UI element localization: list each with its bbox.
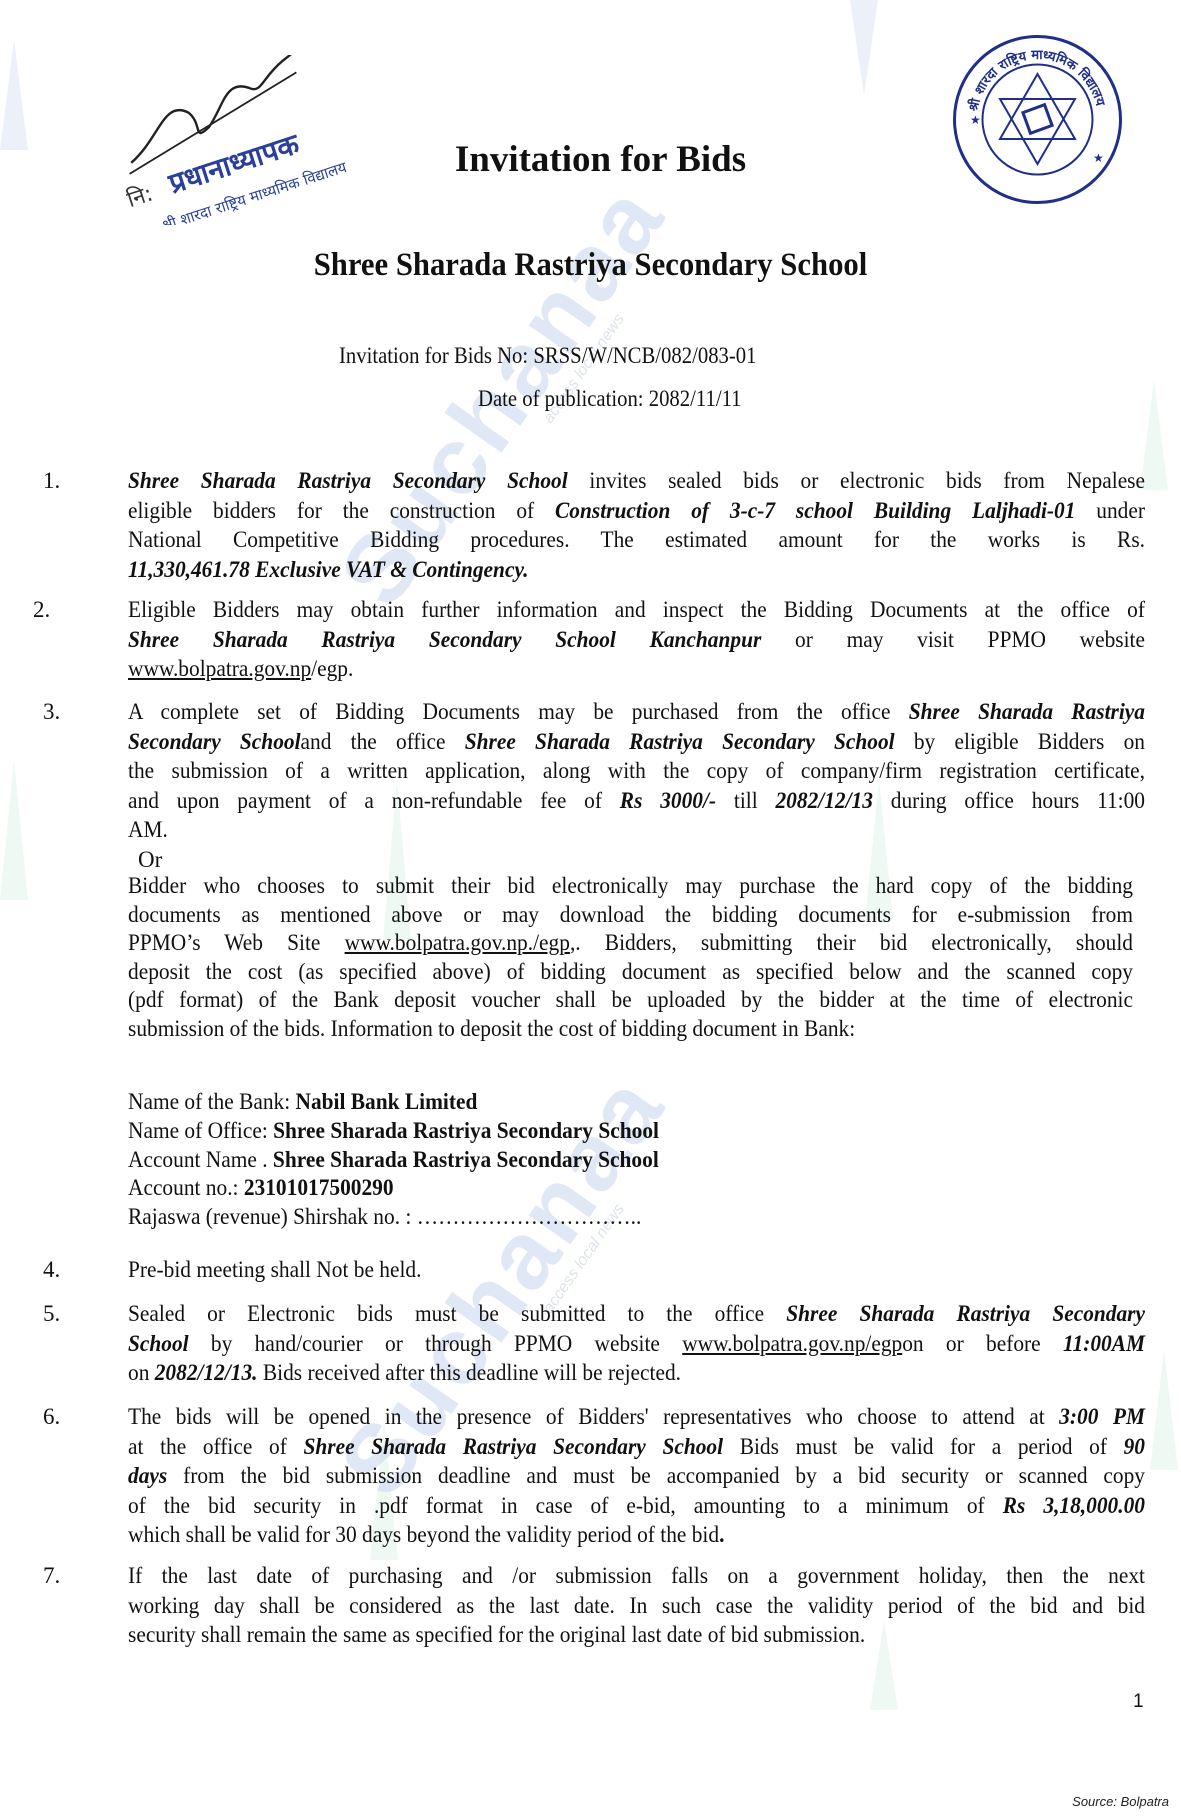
emphasis-text: 2082/12/13 (775, 788, 872, 813)
svg-text:नि:: नि: (124, 181, 156, 214)
text-line: of the bid security in .pdf format in ca… (128, 1491, 1145, 1521)
text-line: working day shall be considered as the l… (128, 1591, 1145, 1621)
text-span: during office hours 11:00 (873, 788, 1145, 813)
clause-6-text: The bids will be opened in the presence … (128, 1402, 1145, 1550)
text-line: Pre-bid meeting shall Not be held. (128, 1255, 1145, 1285)
text-span: by hand/courier or through PPMO website (189, 1331, 683, 1356)
clause-number: 7. (43, 1561, 60, 1591)
ifb-number-line: Invitation for Bids No: SRSS/W/NCB/082/0… (339, 343, 756, 369)
svg-text:श्री शारदा राष्ट्रिय माध्यमिक: श्री शारदा राष्ट्रिय माध्यमिक विद्यालय (965, 48, 1107, 114)
text-span: National Competitive Bidding procedures.… (128, 527, 1145, 552)
text-line: School by hand/courier or through PPMO w… (128, 1329, 1145, 1359)
text-span: Sealed or Electronic bids must be submit… (128, 1301, 786, 1326)
text-span: AM. (128, 817, 168, 842)
emphasis-text: days (128, 1463, 167, 1488)
text-span: on (128, 1360, 155, 1385)
text-line: (pdf format) of the Bank deposit voucher… (128, 986, 1133, 1015)
text-line: deposit the cost (as specified above) of… (128, 958, 1133, 987)
text-span: /egp. (311, 656, 353, 681)
text-span: eligible bidders for the construction of (128, 498, 555, 523)
text-span: ,. Bidders, submitting their bid electro… (570, 930, 1133, 955)
website-link[interactable]: www.bolpatra.gov.np (128, 656, 311, 681)
clause-number: 1. (43, 466, 60, 496)
text-span: Bidder who chooses to submit their bid e… (128, 873, 1133, 898)
bank-detail-value: Nabil Bank Limited (296, 1089, 478, 1114)
website-link[interactable]: www.bolpatra.gov.np/egp (682, 1331, 902, 1356)
text-span: The bids will be opened in the presence … (128, 1404, 1059, 1429)
text-span: which shall be valid for 30 days beyond … (128, 1522, 719, 1547)
text-line: eligible bidders for the construction of… (128, 496, 1145, 526)
text-span: security shall remain the same as specif… (128, 1622, 865, 1647)
electronic-submission-text: Bidder who chooses to submit their bid e… (128, 872, 1133, 1044)
emphasis-text: Shree Sharada Rastriya Secondary (786, 1301, 1145, 1326)
text-span: or may visit PPMO website (761, 627, 1145, 652)
clause-2-text: Eligible Bidders may obtain further info… (128, 595, 1145, 684)
publication-date-label: Date of publication: (478, 386, 644, 411)
bank-detail-row: Account no.: 23101017500290 (128, 1174, 659, 1203)
text-line: submission of the bids. Information to d… (128, 1015, 1133, 1044)
bank-detail-label: Name of the Bank: (128, 1089, 296, 1114)
emphasis-text: 3:00 PM (1059, 1404, 1145, 1429)
text-line: 11,330,461.78 Exclusive VAT & Contingenc… (128, 555, 1145, 585)
bank-detail-label: Name of Office: (128, 1118, 273, 1143)
clause-number: 6. (43, 1402, 60, 1432)
bank-detail-value: Shree Sharada Rastriya Secondary School (273, 1118, 659, 1143)
publication-date: 2082/11/11 (649, 386, 742, 411)
emphasis-text: Construction of 3-c-7 school Building La… (555, 498, 1075, 523)
text-line: and upon payment of a non-refundable fee… (128, 786, 1145, 816)
emphasis-text: Rs 3,18,000.00 (1003, 1493, 1145, 1518)
emphasis-text: School (128, 1331, 189, 1356)
text-line: PPMO’s Web Site www.bolpatra.gov.np./egp… (128, 929, 1133, 958)
ifb-number: SRSS/W/NCB/082/083-01 (533, 343, 756, 368)
bank-detail-label: Account no.: (128, 1175, 244, 1200)
text-line: the submission of a written application,… (128, 756, 1145, 786)
text-span: Pre-bid meeting shall Not be held. (128, 1257, 421, 1282)
text-span: (pdf format) of the Bank deposit voucher… (128, 987, 1133, 1012)
text-line: documents as mentioned above or may down… (128, 901, 1133, 930)
bank-detail-row: Name of the Bank: Nabil Bank Limited (128, 1088, 659, 1117)
clause-1-text: Shree Sharada Rastriya Secondary School … (128, 466, 1145, 584)
bank-detail-label: Rajaswa (revenue) Shirshak no. : (128, 1204, 417, 1229)
publication-date-line: Date of publication: 2082/11/11 (478, 386, 742, 412)
school-name-heading: Shree Sharada Rastriya Secondary School (41, 247, 1139, 284)
text-span: and the office (301, 729, 465, 754)
text-line: at the office of Shree Sharada Rastriya … (128, 1432, 1145, 1462)
svg-text:★: ★ (970, 113, 981, 127)
text-line: Bidder who chooses to submit their bid e… (128, 872, 1133, 901)
text-span: the submission of a written application,… (128, 758, 1145, 783)
emphasis-text: Shree Sharada Rastriya Secondary School (465, 729, 895, 754)
emphasis-text: 90 (1124, 1434, 1145, 1459)
text-span: till (716, 788, 775, 813)
bank-detail-row: Rajaswa (revenue) Shirshak no. : …………………… (128, 1203, 659, 1232)
source-credit: Source: Bolpatra (1072, 1794, 1169, 1809)
text-span: . (719, 1522, 724, 1547)
emphasis-text: Rs 3000/- (620, 788, 716, 813)
text-span: under (1075, 498, 1145, 523)
text-line: A complete set of Bidding Documents may … (128, 697, 1145, 727)
clause-4-text: Pre-bid meeting shall Not be held. (128, 1255, 1145, 1285)
text-span: of the bid security in .pdf format in ca… (128, 1493, 1003, 1518)
bank-detail-row: Name of Office: Shree Sharada Rastriya S… (128, 1117, 659, 1146)
text-line: If the last date of purchasing and /or s… (128, 1561, 1145, 1591)
document-title: Invitation for Bids (0, 138, 1181, 181)
text-line: Sealed or Electronic bids must be submit… (128, 1299, 1145, 1329)
text-line: security shall remain the same as specif… (128, 1620, 1145, 1650)
text-line: days from the bid submission deadline an… (128, 1461, 1145, 1491)
text-span: and upon payment of a non-refundable fee… (128, 788, 620, 813)
text-line: AM. (128, 815, 1145, 845)
text-line: National Competitive Bidding procedures.… (128, 525, 1145, 555)
clause-7-text: If the last date of purchasing and /or s… (128, 1561, 1145, 1650)
text-span: Eligible Bidders may obtain further info… (128, 597, 1145, 622)
text-span: submission of the bids. Information to d… (128, 1016, 855, 1041)
text-span: If the last date of purchasing and /or s… (128, 1563, 1145, 1588)
emphasis-text: Secondary School (128, 729, 301, 754)
text-line: Eligible Bidders may obtain further info… (128, 595, 1145, 625)
bank-details: Name of the Bank: Nabil Bank LimitedName… (128, 1088, 659, 1232)
bank-detail-value: Shree Sharada Rastriya Secondary School (273, 1147, 659, 1172)
emphasis-text: Shree Sharada Rastriya Secondary School (128, 468, 568, 493)
emphasis-text: Shree Sharada Rastriya (909, 699, 1145, 724)
clause-3-text: A complete set of Bidding Documents may … (128, 697, 1145, 845)
text-span: on or before (902, 1331, 1063, 1356)
bank-detail-value: ………………………….. (417, 1204, 642, 1229)
emphasis-text: Shree Sharada Rastriya Secondary School (303, 1434, 723, 1459)
clause-number: 5. (43, 1299, 60, 1329)
text-span: working day shall be considered as the l… (128, 1593, 1145, 1618)
clause-number: 4. (43, 1255, 60, 1285)
clause-5-text: Sealed or Electronic bids must be submit… (128, 1299, 1145, 1388)
text-line: on 2082/12/13. Bids received after this … (128, 1358, 1145, 1388)
emphasis-text: Shree Sharada Rastriya Secondary School … (128, 627, 761, 652)
text-span: deposit the cost (as specified above) of… (128, 959, 1133, 984)
text-span: from the bid submission deadline and mus… (167, 1463, 1145, 1488)
website-link[interactable]: www.bolpatra.gov.np./egp (345, 930, 570, 955)
ifb-label: Invitation for Bids No: (339, 343, 528, 368)
page-number: 1 (1133, 1691, 1144, 1713)
clause-number: 2. (33, 595, 50, 625)
bank-detail-value: 23101017500290 (244, 1175, 394, 1200)
text-line: Shree Sharada Rastriya Secondary School … (128, 466, 1145, 496)
bank-detail-label: Account Name . (128, 1147, 273, 1172)
text-span: A complete set of Bidding Documents may … (128, 699, 909, 724)
text-span: invites sealed bids or electronic bids f… (568, 468, 1145, 493)
text-span: at the office of (128, 1434, 303, 1459)
text-line: which shall be valid for 30 days beyond … (128, 1520, 1145, 1550)
clause-number: 3. (43, 697, 60, 727)
text-line: The bids will be opened in the presence … (128, 1402, 1145, 1432)
text-line: Secondary Schooland the office Shree Sha… (128, 727, 1145, 757)
text-line: www.bolpatra.gov.np/egp. (128, 654, 1145, 684)
emphasis-text: 11:00AM (1063, 1331, 1145, 1356)
text-span: by eligible Bidders on (895, 729, 1145, 754)
bank-detail-row: Account Name . Shree Sharada Rastriya Se… (128, 1146, 659, 1175)
emphasis-text: 2082/12/13. (155, 1360, 258, 1385)
text-span: Bids received after this deadline will b… (258, 1360, 681, 1385)
text-span: PPMO’s Web Site (128, 930, 345, 955)
text-line: Shree Sharada Rastriya Secondary School … (128, 625, 1145, 655)
emphasis-text: 11,330,461.78 Exclusive VAT & Contingenc… (128, 557, 528, 582)
text-span: Bids must be valid for a period of (723, 1434, 1124, 1459)
text-span: documents as mentioned above or may down… (128, 902, 1133, 927)
